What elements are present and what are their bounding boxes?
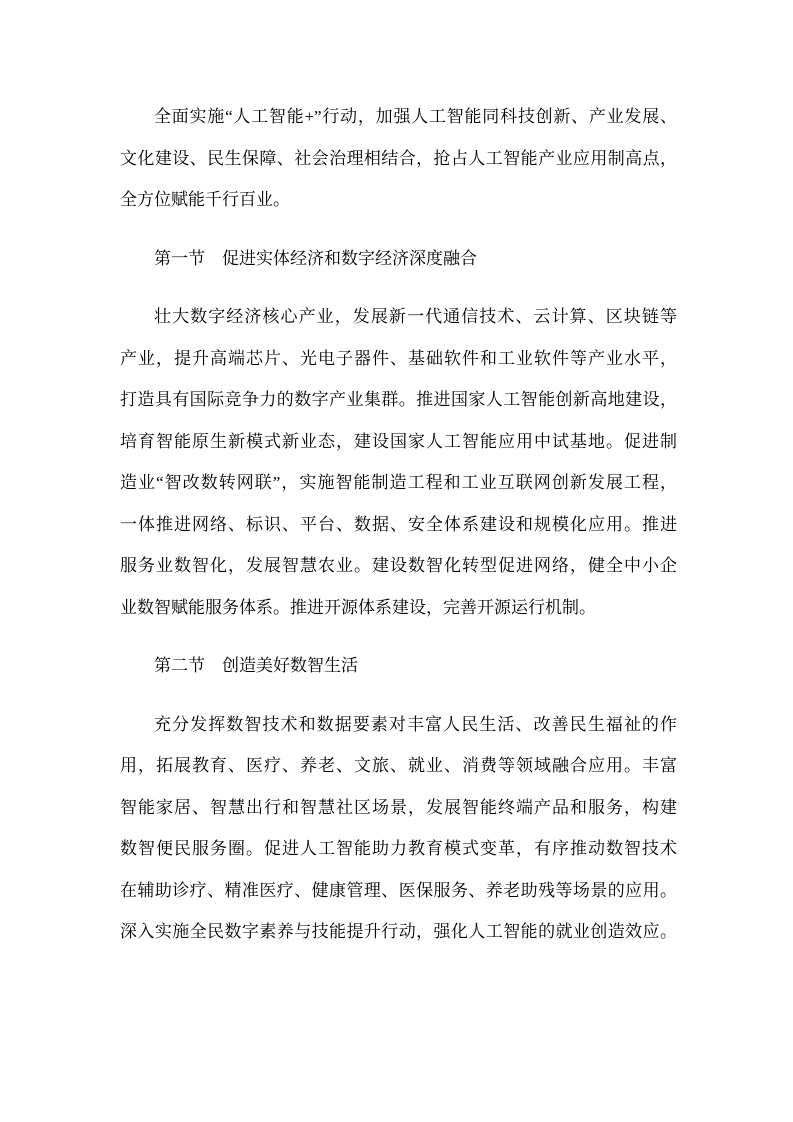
paragraph-2: 壮大数字经济核心产业，发展新一代通信技术、云计算、区块链等 产业，提升高端芯片、…: [120, 296, 677, 628]
paragraph-line: 壮大数字经济核心产业，发展新一代通信技术、云计算、区块链等: [120, 296, 677, 338]
paragraph-line: 全面实施“人工智能+”行动，加强人工智能同科技创新、产业发展、: [120, 96, 677, 138]
paragraph-line: 在辅助诊疗、精准医疗、健康管理、医保服务、养老助残等场景的应用。: [120, 870, 677, 912]
paragraph-line: 文化建设、民生保障、社会治理相结合，抢占人工智能产业应用制高点，: [120, 138, 677, 180]
paragraph-line: 用，拓展教育、医疗、养老、文旅、就业、消费等领域融合应用。丰富: [120, 745, 677, 787]
paragraph-line: 服务业数智化，发展智慧农业。建设数智化转型促进网络，健全中小企: [120, 545, 677, 587]
document-content: 全面实施“人工智能+”行动，加强人工智能同科技创新、产业发展、 文化建设、民生保…: [120, 96, 677, 953]
paragraph-line: 业数智赋能服务体系。推进开源体系建设，完善开源运行机制。: [120, 587, 677, 629]
paragraph-line: 数智便民服务圈。促进人工智能助力教育模式变革，有序推动数智技术: [120, 828, 677, 870]
paragraph-line: 充分发挥数智技术和数据要素对丰富人民生活、改善民生福祉的作: [120, 704, 677, 746]
section-heading-2: 第二节 创造美好数智生活: [120, 645, 677, 687]
paragraph-line: 深入实施全民数字素养与技能提升行动，强化人工智能的就业创造效应。: [120, 911, 677, 953]
paragraph-line: 产业，提升高端芯片、光电子器件、基础软件和工业软件等产业水平，: [120, 338, 677, 380]
section-heading-1: 第一节 促进实体经济和数字经济深度融合: [120, 238, 677, 280]
paragraph-line: 智能家居、智慧出行和智慧社区场景，发展智能终端产品和服务，构建: [120, 787, 677, 829]
paragraph-line: 造业“智改数转网联”，实施智能制造工程和工业互联网创新发展工程，: [120, 462, 677, 504]
paragraph-line: 全方位赋能千行百业。: [120, 179, 677, 221]
document-page: 全面实施“人工智能+”行动，加强人工智能同科技创新、产业发展、 文化建设、民生保…: [0, 0, 793, 1122]
paragraph-line: 一体推进网络、标识、平台、数据、安全体系建设和规模化应用。推进: [120, 504, 677, 546]
paragraph-line: 培育智能原生新模式新业态，建设国家人工智能应用中试基地。促进制: [120, 421, 677, 463]
paragraph-line: 打造具有国际竞争力的数字产业集群。推进国家人工智能创新高地建设，: [120, 379, 677, 421]
paragraph-3: 充分发挥数智技术和数据要素对丰富人民生活、改善民生福祉的作 用，拓展教育、医疗、…: [120, 704, 677, 953]
paragraph-1: 全面实施“人工智能+”行动，加强人工智能同科技创新、产业发展、 文化建设、民生保…: [120, 96, 677, 221]
